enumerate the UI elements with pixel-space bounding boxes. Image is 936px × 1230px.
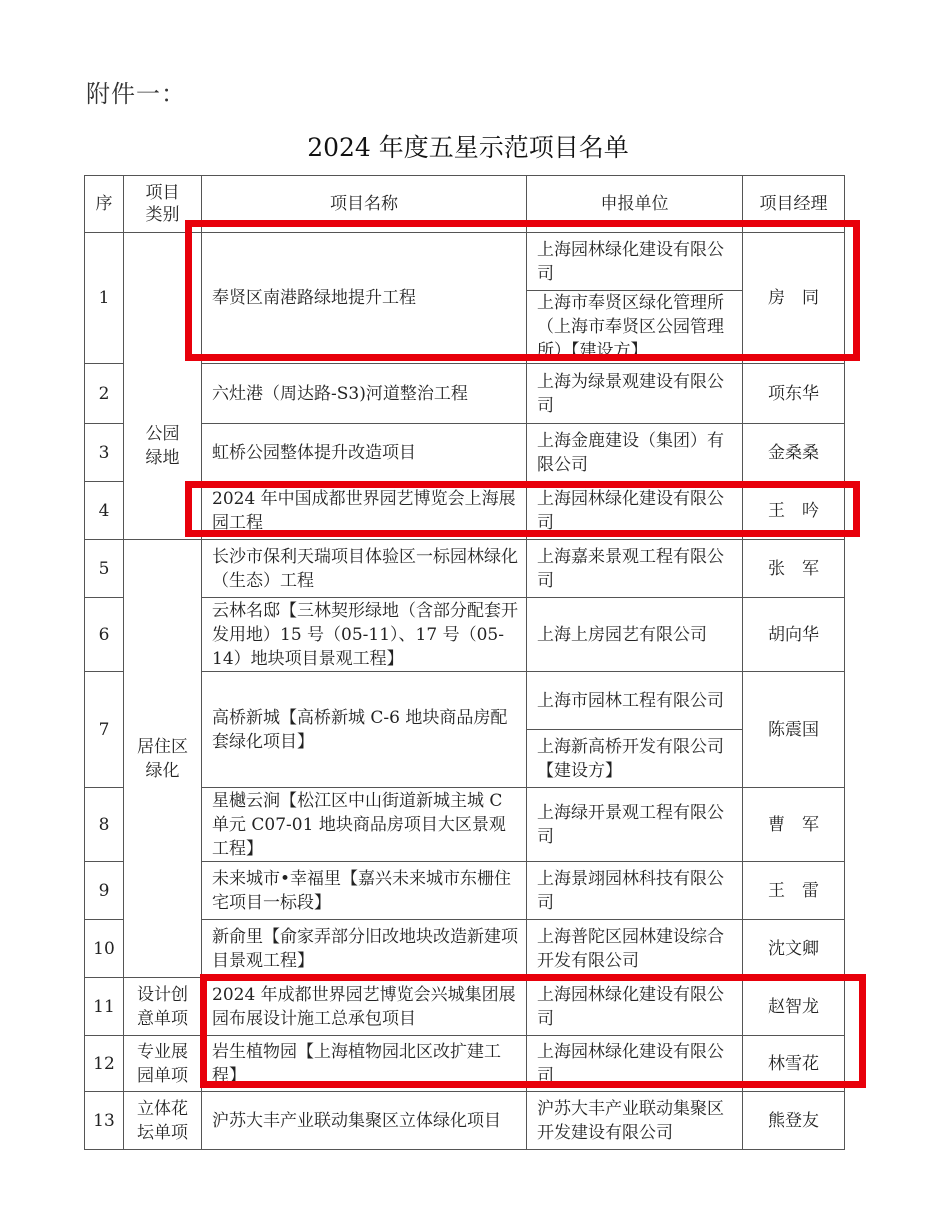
cell-manager: 金桑桑 xyxy=(743,424,845,482)
cell-seq: 8 xyxy=(85,788,124,862)
category-vertical: 立体花坛单项 xyxy=(124,1092,202,1150)
cell-unit: 上海市园林工程有限公司 xyxy=(527,672,743,730)
cell-name: 未来城市•幸福里【嘉兴未来城市东栅住宅项目一标段】 xyxy=(202,862,527,920)
cell-seq: 3 xyxy=(85,424,124,482)
cell-unit: 上海园林绿化建设有限公司 xyxy=(527,978,743,1036)
cell-name: 虹桥公园整体提升改造项目 xyxy=(202,424,527,482)
cell-manager: 项东华 xyxy=(743,364,845,424)
cell-unit: 上海园林绿化建设有限公司 xyxy=(527,233,743,291)
attachment-label: 附件一： xyxy=(86,74,186,109)
cell-manager: 张 军 xyxy=(743,540,845,598)
cell-unit: 上海金鹿建设（集团）有限公司 xyxy=(527,424,743,482)
cell-seq: 1 xyxy=(85,233,124,364)
cell-manager: 林雪花 xyxy=(743,1036,845,1092)
cell-name: 岩生植物园【上海植物园北区改扩建工程】 xyxy=(202,1036,527,1092)
cell-unit: 上海园林绿化建设有限公司 xyxy=(527,482,743,540)
table-row: 12 专业展园单项 岩生植物园【上海植物园北区改扩建工程】 上海园林绿化建设有限… xyxy=(85,1036,845,1092)
table-header-row: 序 项目类别 项目名称 申报单位 项目经理 xyxy=(85,176,845,233)
category-design: 设计创意单项 xyxy=(124,978,202,1036)
cell-manager: 熊登友 xyxy=(743,1092,845,1150)
cell-seq: 7 xyxy=(85,672,124,788)
cell-name: 2024 年中国成都世界园艺博览会上海展园工程 xyxy=(202,482,527,540)
cell-unit: 上海嘉来景观工程有限公司 xyxy=(527,540,743,598)
cell-name: 奉贤区南港路绿地提升工程 xyxy=(202,233,527,364)
category-park: 公园绿地 xyxy=(124,233,202,540)
cell-manager: 沈文卿 xyxy=(743,920,845,978)
cell-name: 长沙市保利天瑞项目体验区一标园林绿化（生态）工程 xyxy=(202,540,527,598)
cell-manager: 房 同 xyxy=(743,233,845,364)
cell-name: 星樾云涧【松江区中山街道新城主城 C 单元 C07-01 地块商品房项目大区景观… xyxy=(202,788,527,862)
cell-seq: 11 xyxy=(85,978,124,1036)
cell-manager: 曹 军 xyxy=(743,788,845,862)
cell-unit: 沪苏大丰产业联动集聚区开发建设有限公司 xyxy=(527,1092,743,1150)
cell-unit: 上海市奉贤区绿化管理所（上海市奉贤区公园管理所）【建设方】 xyxy=(527,291,743,364)
cell-seq: 12 xyxy=(85,1036,124,1092)
cell-seq: 4 xyxy=(85,482,124,540)
cell-seq: 6 xyxy=(85,598,124,672)
header-unit: 申报单位 xyxy=(527,176,743,233)
cell-manager: 王 雷 xyxy=(743,862,845,920)
table-row: 11 设计创意单项 2024 年成都世界园艺博览会兴城集团展园布展设计施工总承包… xyxy=(85,978,845,1036)
cell-seq: 5 xyxy=(85,540,124,598)
cell-unit: 上海普陀区园林建设综合开发有限公司 xyxy=(527,920,743,978)
cell-manager: 胡向华 xyxy=(743,598,845,672)
cell-manager: 陈震国 xyxy=(743,672,845,788)
cell-manager: 赵智龙 xyxy=(743,978,845,1036)
cell-unit: 上海上房园艺有限公司 xyxy=(527,598,743,672)
cell-unit: 上海园林绿化建设有限公司 xyxy=(527,1036,743,1092)
cell-name: 高桥新城【高桥新城 C-6 地块商品房配套绿化项目】 xyxy=(202,672,527,788)
table-row: 1 公园绿地 奉贤区南港路绿地提升工程 上海园林绿化建设有限公司 房 同 xyxy=(85,233,845,291)
category-exhibition: 专业展园单项 xyxy=(124,1036,202,1092)
cell-seq: 9 xyxy=(85,862,124,920)
cell-unit: 上海新高桥开发有限公司【建设方】 xyxy=(527,730,743,788)
cell-unit: 上海为绿景观建设有限公司 xyxy=(527,364,743,424)
cell-seq: 2 xyxy=(85,364,124,424)
cell-manager: 王 吟 xyxy=(743,482,845,540)
cell-name: 2024 年成都世界园艺博览会兴城集团展园布展设计施工总承包项目 xyxy=(202,978,527,1036)
header-name: 项目名称 xyxy=(202,176,527,233)
header-manager: 项目经理 xyxy=(743,176,845,233)
cell-unit: 上海绿开景观工程有限公司 xyxy=(527,788,743,862)
header-seq: 序 xyxy=(85,176,124,233)
header-category: 项目类别 xyxy=(124,176,202,233)
cell-name: 云林名邸【三林契形绿地（含部分配套开发用地）15 号（05-11）、17 号（0… xyxy=(202,598,527,672)
cell-seq: 13 xyxy=(85,1092,124,1150)
cell-name: 沪苏大丰产业联动集聚区立体绿化项目 xyxy=(202,1092,527,1150)
category-residential: 居住区绿化 xyxy=(124,540,202,978)
cell-name: 六灶港（周达路-S3)河道整治工程 xyxy=(202,364,527,424)
table-row: 5 居住区绿化 长沙市保利天瑞项目体验区一标园林绿化（生态）工程 上海嘉来景观工… xyxy=(85,540,845,598)
cell-seq: 10 xyxy=(85,920,124,978)
table-row: 13 立体花坛单项 沪苏大丰产业联动集聚区立体绿化项目 沪苏大丰产业联动集聚区开… xyxy=(85,1092,845,1150)
document-title: 2024 年度五星示范项目名单 xyxy=(0,128,936,164)
cell-unit: 上海景翊园林科技有限公司 xyxy=(527,862,743,920)
project-table: 序 项目类别 项目名称 申报单位 项目经理 1 公园绿地 奉贤区南港路绿地提升工… xyxy=(84,175,845,1150)
cell-name: 新俞里【俞家弄部分旧改地块改造新建项目景观工程】 xyxy=(202,920,527,978)
